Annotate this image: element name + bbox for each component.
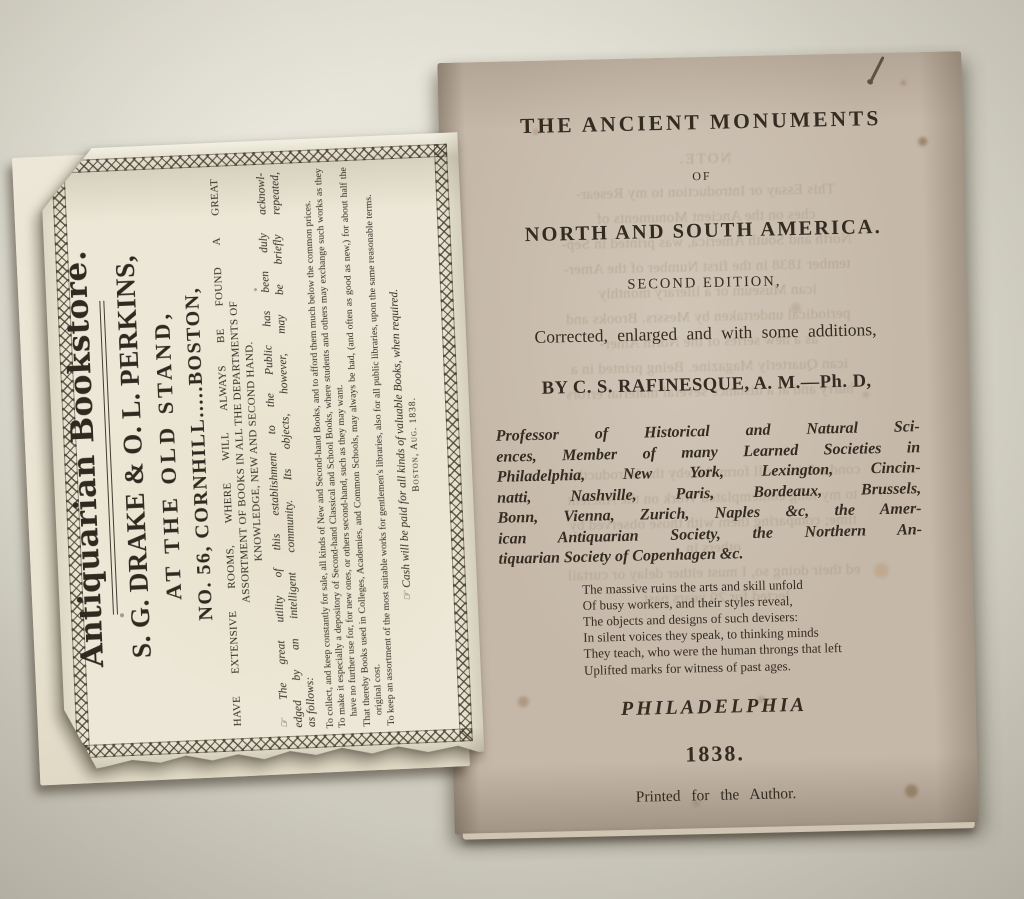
foxing-spot <box>901 80 906 85</box>
bookstore-ad-face: Antiquarian Bookstore. S. G. DRAKE & O. … <box>40 132 485 770</box>
title-page-text: THE ANCIENT MONUMENTS OF NORTH AND SOUTH… <box>437 51 978 835</box>
epigraph-verse: The massive ruins the arts and skill unf… <box>582 576 842 679</box>
bookstore-ad-text: Antiquarian Bookstore. S. G. DRAKE & O. … <box>54 163 473 740</box>
of-word: OF <box>440 163 964 190</box>
book-title: THE ANCIENT MONUMENTS <box>437 51 963 141</box>
imprint-year: 1838. <box>453 734 977 772</box>
photo-of-documents: { "colors": { "wall": "#d8d5c8", "card_p… <box>0 0 1024 899</box>
author-byline: BY C. S. RAFINESQUE, A. M.—Ph. D, <box>445 369 969 402</box>
ink-speck <box>254 288 257 291</box>
edition-line: SECOND EDITION, <box>442 269 966 298</box>
author-affiliation: Professor of Historical and Natural Sci-… <box>496 417 923 570</box>
imprint-line: Printed for the Author. <box>454 780 978 810</box>
book-subtitle: NORTH AND SOUTH AMERICA. <box>441 214 965 249</box>
title-page: NOTE.This Essay or Introduction to my Re… <box>437 51 978 835</box>
corrected-line: Corrected, enlarged and with some additi… <box>443 317 967 350</box>
bookstore-ad-card: Antiquarian Bookstore. S. G. DRAKE & O. … <box>40 132 485 770</box>
imprint-city: PHILADELPHIA <box>452 690 976 725</box>
